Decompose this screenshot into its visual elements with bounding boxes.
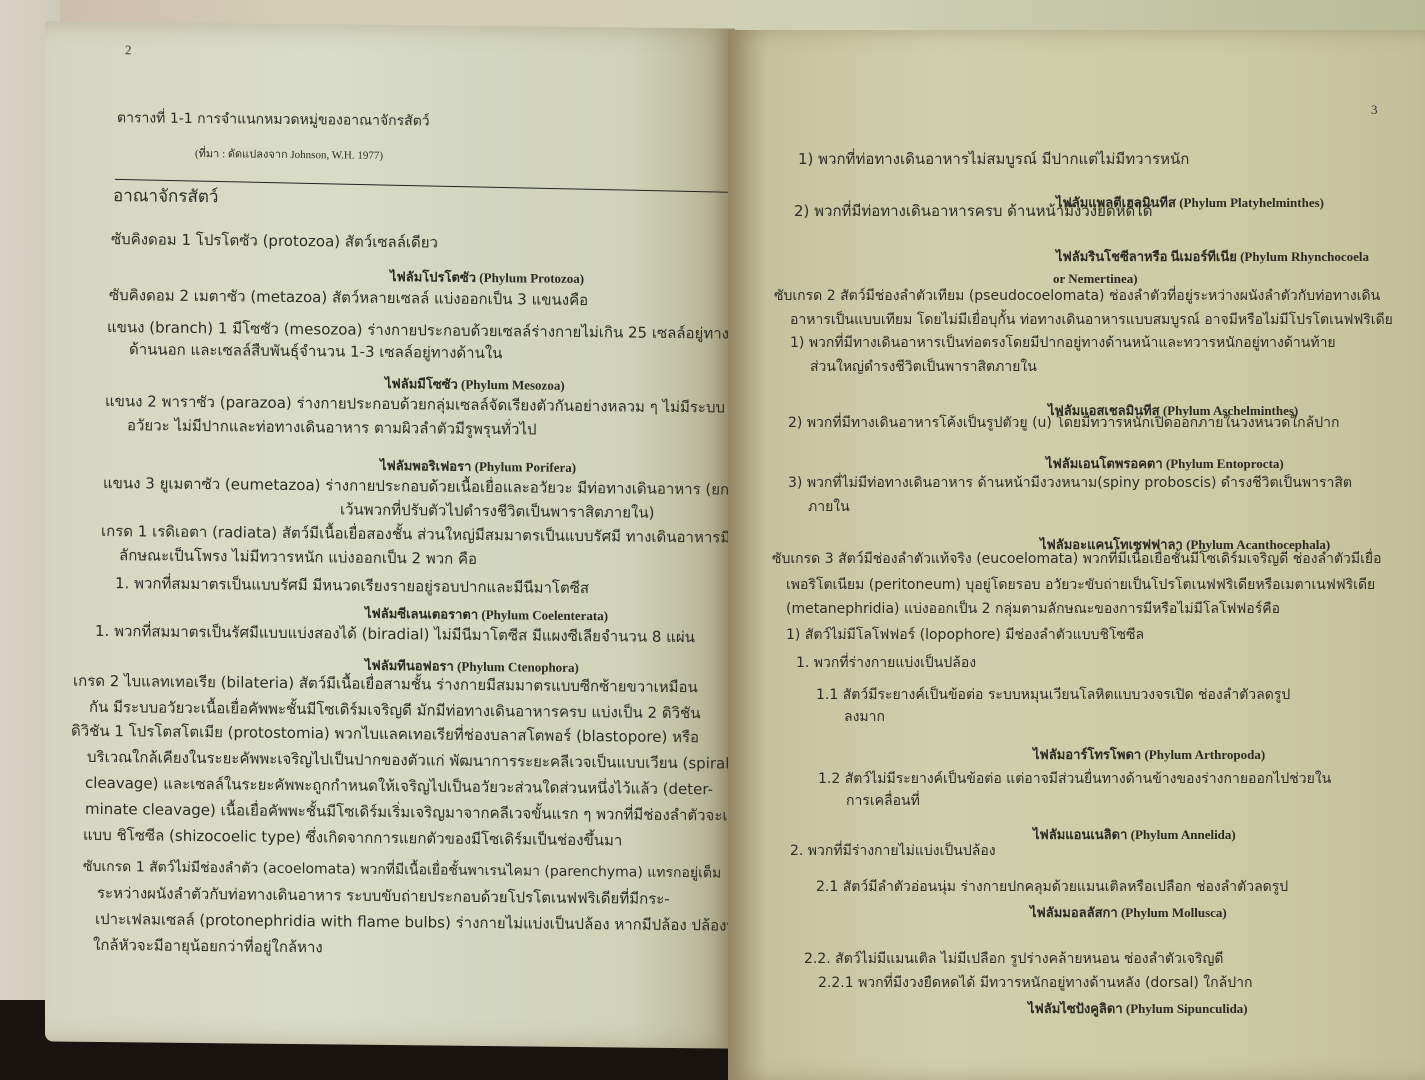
text-line: แบบ ชิโซซีล (shizocoelic type) ซึ่งเกิดจ… (83, 826, 622, 850)
phylum-label: ไฟลัมเอนโตพรอคตา (Phylum Entoprocta) (1046, 455, 1284, 473)
text-line: ซับคิงดอม 1 โปรโตซัว (protozoa) สัตว์เซล… (111, 230, 438, 251)
phylum-label: or Nemertinea) (1053, 270, 1138, 288)
left-page: 2 ตารางที่ 1-1 การจำแนกหมวดหมู่ของอาณาจั… (45, 21, 735, 1048)
text-line: ลงมาก (844, 708, 885, 726)
phylum-label: ไฟลัมรินโชซีลาหรือ นีเมอร์ทีเนีย (Phylum… (1056, 248, 1369, 266)
text-line: 2.2.1 พวกที่มีงวงยืดหดได้ มีทวารหนักอยู่… (818, 974, 1252, 992)
text-line: เปาะเฟลมเซลล์ (protonephridia with flame… (95, 910, 754, 935)
phylum-label: ไฟลัมทีนอฟอรา (Phylum Ctenophora) (365, 657, 579, 677)
text-line: 2.1 สัตว์มีลำตัวอ่อนนุ่ม ร่างกายปกคลุมด้… (816, 878, 1288, 896)
text-line: ด้านนอก และเซลล์สืบพันธุ์จำนวน 1-3 เซลล์… (129, 340, 502, 362)
text-line: ส่วนใหญ่ดำรงชีวิตเป็นพาราสิตภายใน (810, 358, 1037, 376)
text-line: ลักษณะเป็นโพรง ไม่มีทวารหนัก แบ่งออกเป็น… (119, 546, 477, 568)
text-line: 1. พวกที่สมมาตรเป็นแบบรัศมี มีหนวดเรียงร… (115, 574, 589, 597)
text-line: แขนง 3 ยูเมตาซัว (eumetazoa) ร่างกายประก… (103, 474, 729, 499)
text-line: ซับคิงดอม 2 เมตาซัว (metazoa) สัตว์หลายเ… (109, 286, 588, 309)
text-line: 2) พวกที่มีทางเดินอาหารโค้งเป็นรูปตัวยู … (788, 414, 1339, 432)
phylum-label: ไฟลัมแอนเนลิดา (Phylum Annelida) (1033, 826, 1236, 844)
text-line: 2. พวกที่มีร่างกายไม่แบ่งเป็นปล้อง (790, 842, 996, 860)
page-number: 3 (1371, 102, 1378, 118)
text-line: 1. พวกที่สมมาตรเป็นรัศมีแบบแบ่งสองได้ (b… (95, 622, 695, 646)
text-line: 2.2. สัตว์ไม่มีแมนเติล ไม่มีเปลือก รูปร่… (804, 950, 1224, 968)
text-line: 1) สัตว์ไม่มีโลโฟฟอร์ (lopophore) มีช่อง… (786, 626, 1144, 644)
phylum-label: ไฟลัมอาร์โทรโพดา (Phylum Arthropoda) (1033, 746, 1265, 764)
text-line: ซับเกรด 2 สัตว์มีช่องลำตัวเทียม (pseudoc… (774, 287, 1380, 305)
text-line: แขนง 2 พาราซัว (parazoa) ร่างกายประกอบด้… (105, 392, 725, 416)
phylum-label: ไฟลัมพอริเฟอรา (Phylum Porifera) (380, 457, 576, 477)
text-line: ใกล้หัวจะมีอายุน้อยกว่าที่อยู่ใกล้หาง (93, 936, 323, 956)
phylum-label: ไฟลัมโปรโตซัว (Phylum Protozoa) (390, 268, 584, 288)
text-line: ซับเกรด 3 สัตว์มีช่องลำตัวแท้จริง (eucoe… (772, 550, 1382, 568)
text-line: ภายใน (808, 498, 850, 516)
right-page: 3 1) พวกที่ท่อทางเดินอาหารไม่สมบูรณ์ มีป… (728, 30, 1425, 1080)
text-line: 1. พวกที่ร่างกายแบ่งเป็นปล้อง (796, 654, 976, 672)
text-line: 1.1 สัตว์มีระยางค์เป็นข้อต่อ ระบบหมุนเวี… (816, 686, 1290, 704)
text-line: minate cleavage) เนื้อเยื่อคัพพะชั้นมีโซ… (85, 800, 747, 825)
table-title: ตารางที่ 1-1 การจำแนกหมวดหมู่ของอาณาจักร… (117, 109, 430, 130)
text-line: 3) พวกที่ไม่มีท่อทางเดินอาหาร ด้านหน้ามี… (788, 474, 1352, 492)
text-line: อวัยวะ ไม่มีปากและท่อทางเดินอาหาร ตามผิว… (127, 416, 537, 438)
text-line: เพอริโตเนียม (peritoneum) บุอยู่โดยรอบ อ… (786, 576, 1375, 594)
phylum-label: ไฟลัมไซปังคูลิดา (Phylum Sipunculida) (1028, 1000, 1248, 1018)
text-line: อาหารเป็นแบบเทียม โดยไม่มีเยื่อบุกั้น ท่… (790, 311, 1393, 329)
text-line: กัน มีระบบอวัยวะเนื้อเยื่อคัพพะชั้นมีโซเ… (89, 698, 700, 722)
phylum-label: ไฟลัมมอลลัสกา (Phylum Mollusca) (1030, 904, 1227, 922)
text-line: 1.2 สัตว์ไม่มีระยางค์เป็นข้อต่อ แต่อาจมี… (818, 770, 1331, 788)
text-line: เกรด 1 เรดิเอตา (radiata) สัตว์มีเนื้อเย… (101, 522, 730, 547)
text-line: 1) พวกที่ท่อทางเดินอาหารไม่สมบูรณ์ มีปาก… (798, 150, 1189, 168)
text-line: บริเวณใกล้เคียงในระยะคัพพะเจริญไปเป็นปาก… (87, 748, 729, 773)
text-line: การเคลื่อนที่ (846, 792, 920, 810)
phylum-label: ไฟลัมมีโซซัว (Phylum Mesozoa) (385, 375, 565, 395)
text-line: (metanephridia) แบ่งออกเป็น 2 กลุ่มตามลั… (786, 600, 1280, 618)
text-line: cleavage) และเซลล์ในระยะคัพพะถูกกำหนดให้… (85, 774, 713, 799)
text-line: เว้นพวกที่ปรับตัวไปดำรงชีวิตเป็นพาราสิตภ… (340, 500, 654, 521)
text-line: 2) พวกที่มีท่อทางเดินอาหารครบ ด้านหน้ามี… (794, 202, 1153, 220)
table-source: (ที่มา : ดัดแปลงจาก Johnson, W.H. 1977) (195, 145, 383, 165)
text-line: เกรด 2 ไบแลทเทอเรีย (bilateria) สัตว์มีเ… (73, 672, 698, 697)
text-line: ดิวิชัน 1 โปรโตสโตเมีย (protostomia) พวก… (71, 722, 699, 747)
text-line: ระหว่างผนังลำตัวกับท่อทางเดินอาหาร ระบบข… (97, 884, 670, 908)
text-line: ซับเกรด 1 สัตว์ไม่มีช่องลำตัว (acoelomat… (83, 858, 721, 883)
text-line: 1) พวกที่มีทางเดินอาหารเป็นท่อตรงโดยมีปา… (790, 334, 1336, 352)
text-line: แขนง (branch) 1 มีโซซัว (mesozoa) ร่างกา… (107, 318, 729, 343)
phylum-label: ไฟลัมซีเลนเตอราตา (Phylum Coelenterata) (365, 605, 608, 626)
page-number: 2 (125, 42, 132, 58)
section-heading: อาณาจักรสัตว์ (113, 187, 218, 206)
